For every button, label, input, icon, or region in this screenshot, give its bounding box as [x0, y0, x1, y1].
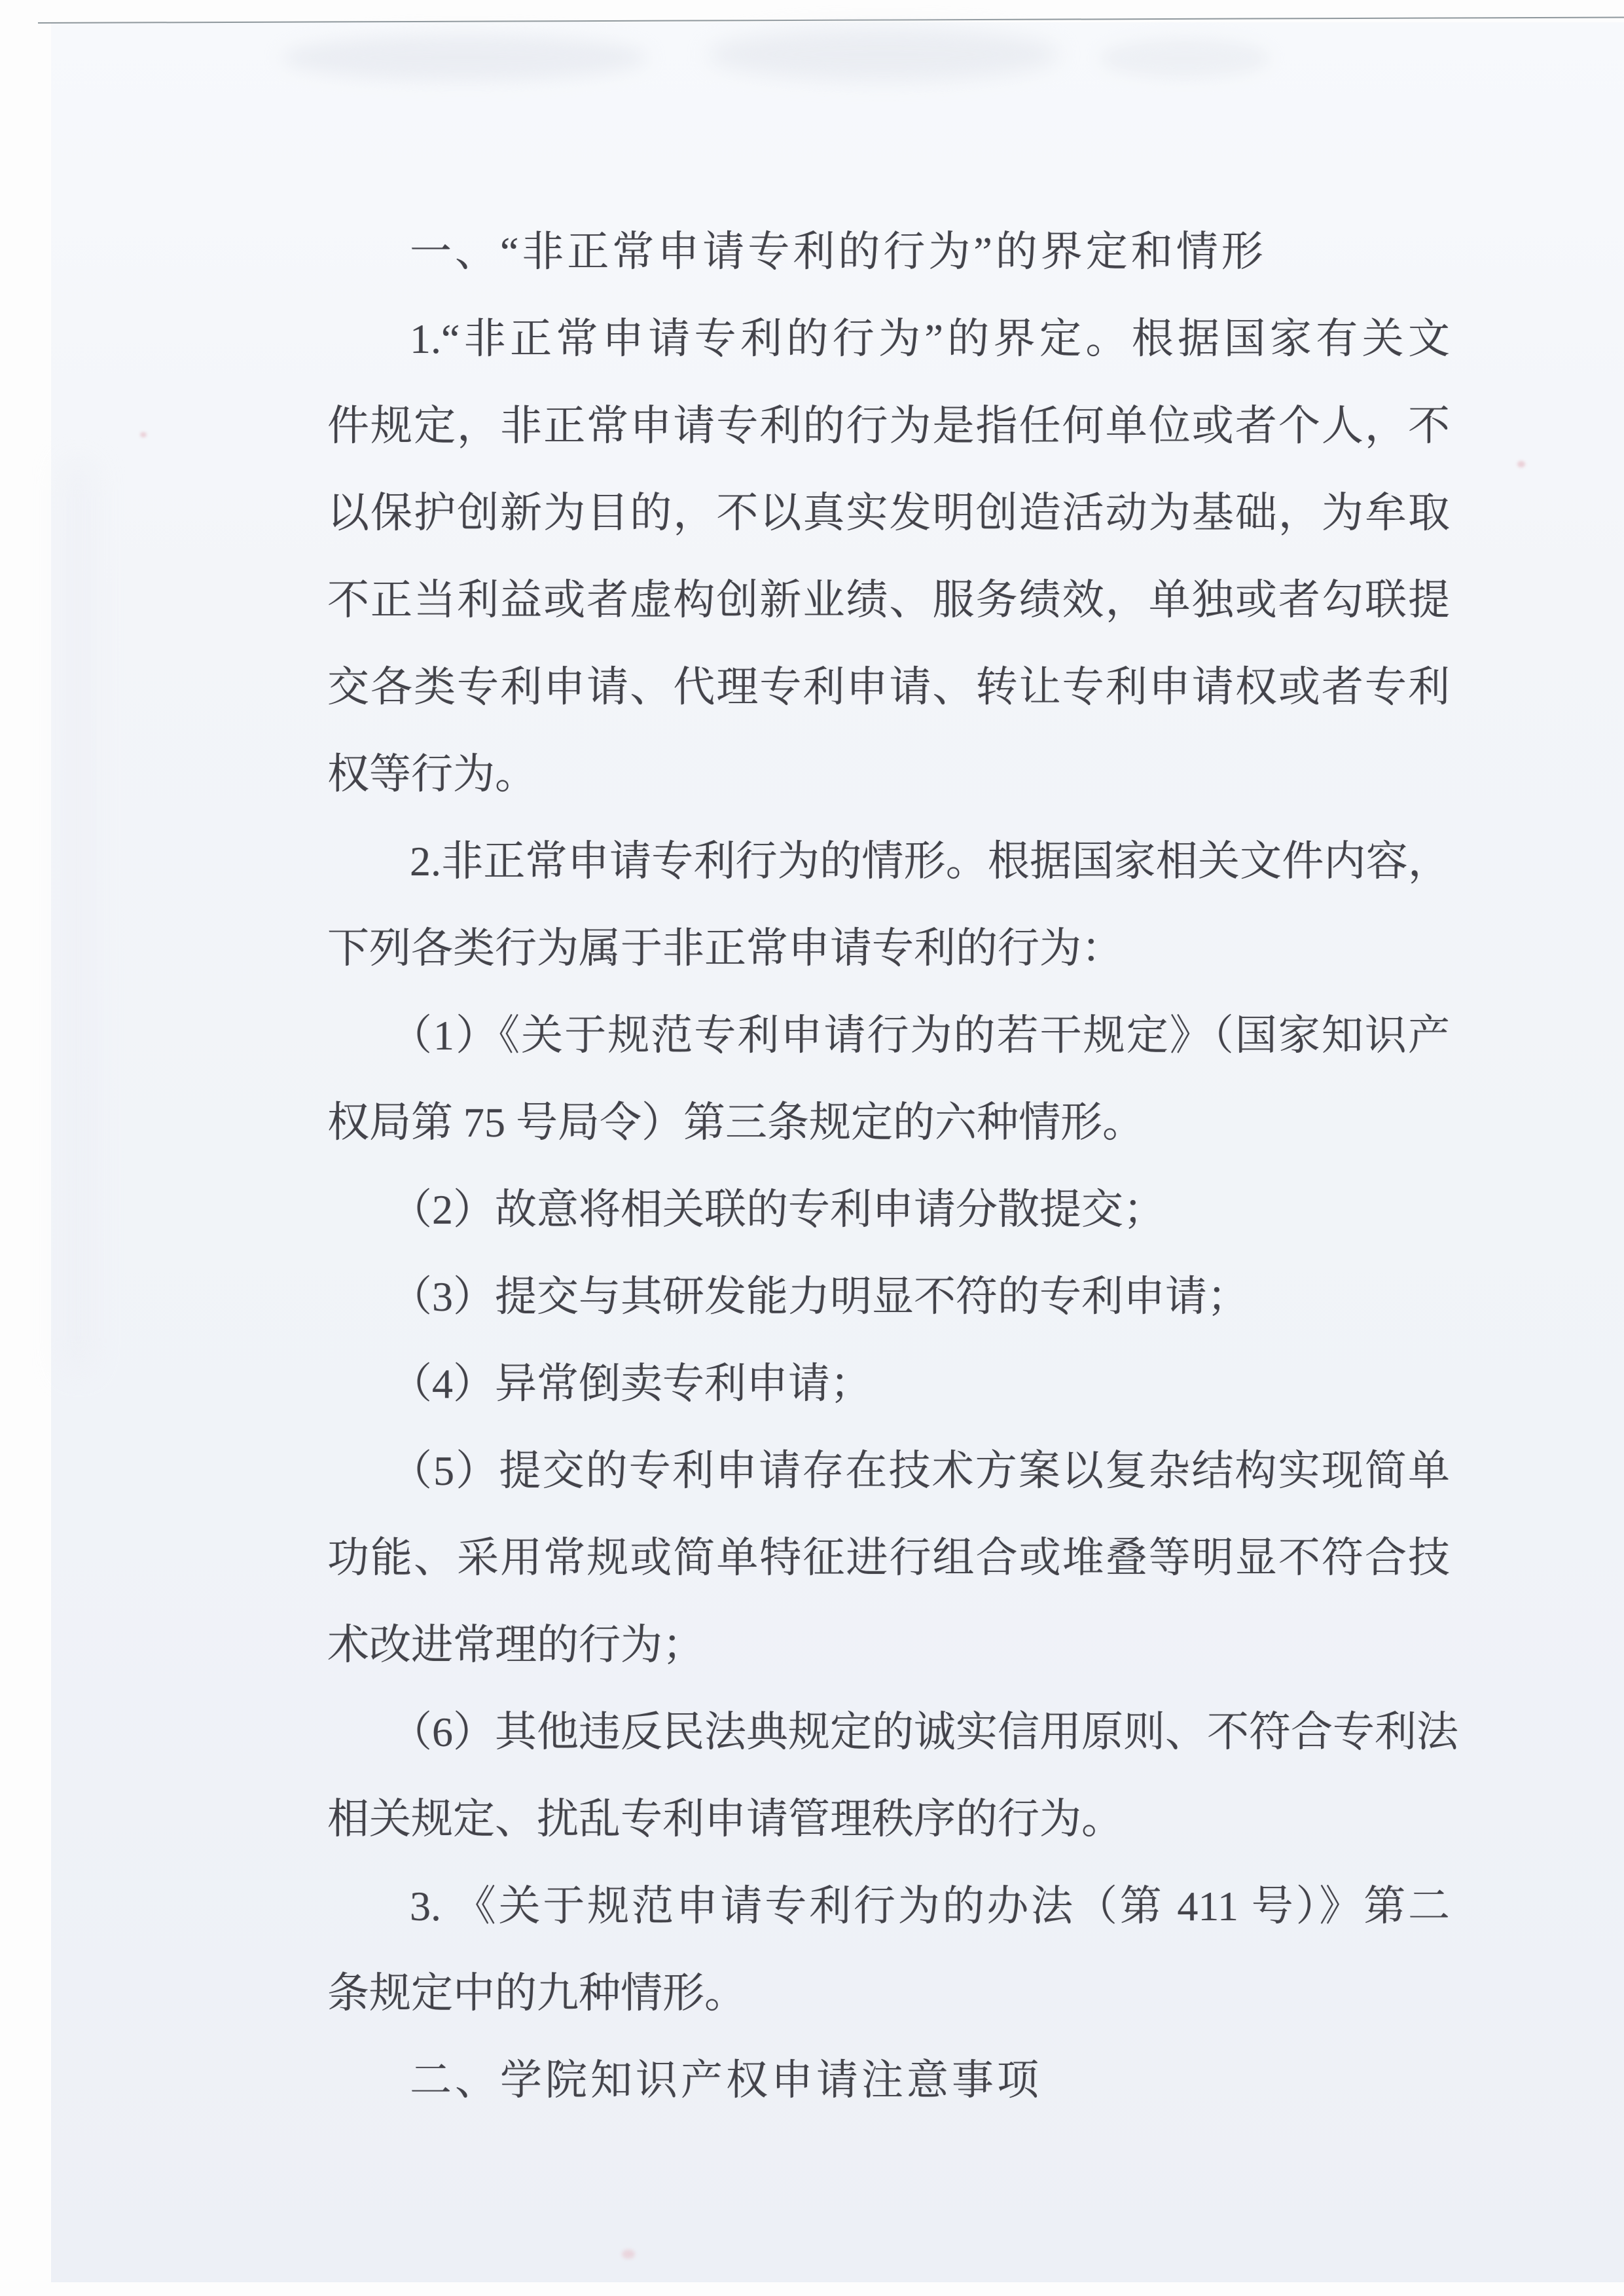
- doc-line: 术改进常理的行为；: [327, 1621, 1450, 1669]
- doc-line: 条规定中的九种情形。: [327, 1969, 1450, 2018]
- doc-line: （5）提交的专利申请存在技术方案以复杂结构实现简单: [327, 1447, 1450, 1495]
- doc-line: 相关规定、扰乱专利申请管理秩序的行为。: [327, 1795, 1450, 1844]
- section-heading-2: 二、学院知识产权申请注意事项: [327, 2056, 1450, 2105]
- scanned-document-page: 一、“非正常申请专利的行为”的界定和情形 1.“非正常申请专利的行为”的界定。根…: [0, 0, 1624, 2296]
- doc-line: 权局第 75 号局令）第三条规定的六种情形。: [327, 1099, 1450, 1147]
- doc-line: 3. 《关于规范申请专利行为的办法（第 411 号）》第二: [327, 1882, 1450, 1931]
- doc-line: 1.“非正常申请专利的行为”的界定。根据国家有关文: [327, 315, 1450, 363]
- doc-line: 以保护创新为目的，不以真实发明创造活动为基础，为牟取: [327, 489, 1450, 538]
- doc-line: （3）提交与其研发能力明显不符的专利申请；: [327, 1273, 1450, 1321]
- doc-line: 交各类专利申请、代理专利申请、转让专利申请权或者专利: [327, 663, 1450, 712]
- section-heading-1: 一、“非正常申请专利的行为”的界定和情形: [327, 228, 1450, 276]
- doc-line: 件规定，非正常申请专利的行为是指任何单位或者个人，不: [327, 402, 1450, 450]
- doc-line: 功能、采用常规或简单特征进行组合或堆叠等明显不符合技: [327, 1534, 1450, 1582]
- doc-line: 2.非正常申请专利行为的情形。根据国家相关文件内容，: [327, 837, 1450, 886]
- doc-line: 不正当利益或者虚构创新业绩、服务绩效，单独或者勾联提: [327, 576, 1450, 625]
- doc-line: （4）异常倒卖专利申请；: [327, 1360, 1450, 1408]
- doc-line: （6）其他违反民法典规定的诚实信用原则、不符合专利法: [327, 1708, 1450, 1757]
- doc-line: （1）《关于规范专利申请行为的若干规定》（国家知识产: [327, 1011, 1450, 1060]
- doc-line: 权等行为。: [327, 750, 1450, 799]
- doc-line: 下列各类行为属于非正常申请专利的行为：: [327, 924, 1450, 973]
- doc-line: （2）故意将相关联的专利申请分散提交；: [327, 1186, 1450, 1234]
